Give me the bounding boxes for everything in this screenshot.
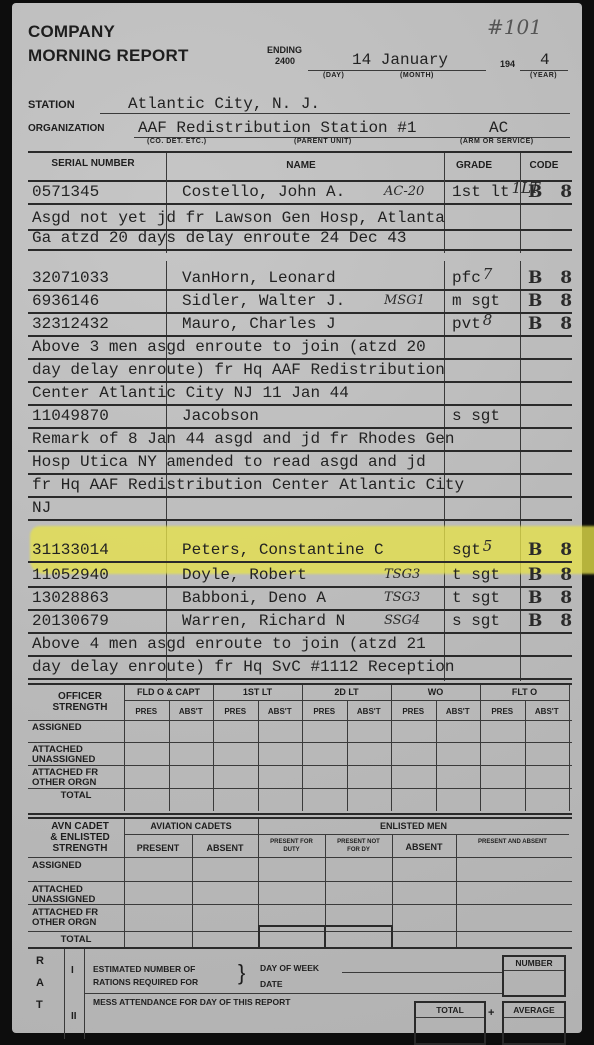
row-divider: [28, 203, 572, 205]
col-serial-number: SERIAL NUMBER: [28, 158, 158, 169]
officer-sub-header: PRES: [391, 707, 436, 716]
remark-line: Asgd not yet jd fr Lawson Gen Hosp, Atla…: [32, 209, 445, 227]
rations-letter-r: R: [36, 955, 44, 967]
code: B 8: [528, 540, 578, 560]
officer-sub-header: ABS'T: [525, 707, 570, 716]
officer-group-header: 1ST LT: [213, 687, 302, 697]
rations-letter-a: A: [36, 977, 44, 989]
remark-line: Above 3 men asgd enroute to join (atzd 2…: [32, 338, 426, 356]
year-value: 4: [540, 51, 550, 69]
serial-number: 32071033: [32, 269, 109, 287]
aviation-cadets-header: AVIATION CADETS: [124, 821, 258, 831]
row-divider: [28, 404, 572, 406]
code: B 8: [528, 182, 578, 202]
officer-sub-header: PRES: [213, 707, 258, 716]
date-label: DATE: [260, 979, 283, 989]
form-title-line2: MORNING REPORT: [28, 46, 189, 66]
handwritten-annotation: AC-20: [384, 184, 424, 199]
enlisted-men-header: ENLISTED MEN: [258, 821, 569, 831]
grade-note: 5: [483, 537, 493, 555]
grade: t sgt: [452, 589, 500, 607]
row-divider: [28, 496, 572, 498]
row-divider: [28, 519, 572, 521]
soldier-name: VanHorn, Leonard: [182, 269, 336, 287]
remark-line: NJ: [32, 499, 51, 517]
code: B 8: [528, 611, 578, 631]
officer-sub-header: PRES: [480, 707, 525, 716]
present-for-duty-total-box: [258, 925, 326, 949]
officer-sub-header: PRES: [302, 707, 347, 716]
remark-line: Above 4 men asgd enroute to join (atzd 2…: [32, 635, 426, 653]
row-divider: [28, 450, 572, 452]
row-divider: [28, 473, 572, 475]
co-det-caption: (CO. DET. ETC.): [147, 138, 207, 145]
rations-letter-t: T: [36, 999, 43, 1011]
officer-sub-header: ABS'T: [169, 707, 214, 716]
enlisted-strength-title-line1: AVN CADET: [30, 821, 130, 832]
cadet-column-header: PRESENT: [124, 843, 192, 853]
remark-line: day delay enroute) fr Hq AAF Redistribut…: [32, 361, 445, 379]
code: B 8: [528, 588, 578, 608]
average-label: AVERAGE: [504, 1005, 564, 1015]
row-divider: [28, 632, 572, 634]
code: B 8: [528, 268, 578, 288]
serial-number: 0571345: [32, 183, 99, 201]
soldier-name: Jacobson: [182, 407, 259, 425]
rations-row1-label-line2: RATIONS REQUIRED FOR: [93, 976, 198, 989]
grade-note: 7: [483, 265, 493, 283]
enlisted-column-header: PRESENT NOT FOR DY: [325, 838, 392, 854]
row-divider: [28, 381, 572, 383]
enlisted-strength-title-line3: STRENGTH: [30, 843, 130, 854]
grade: pfc: [452, 269, 481, 287]
serial-number: 32312432: [32, 315, 109, 333]
handwritten-file-number: #101: [487, 15, 542, 39]
officer-sub-header: PRES: [124, 707, 169, 716]
cadet-column-header: ABSENT: [192, 843, 258, 853]
day-of-week-label: DAY OF WEEK: [260, 963, 319, 973]
serial-number: 13028863: [32, 589, 109, 607]
remark-line: Remark of 8 Jan 44 asgd and jd fr Rhodes…: [32, 430, 454, 448]
row-divider: [28, 289, 572, 291]
enlisted-row-label: ASSIGNED: [32, 861, 120, 871]
soldier-name: Costello, John A.: [182, 183, 345, 201]
remark-line: day delay enroute) fr Hq SvC #1112 Recep…: [32, 658, 454, 676]
morning-report-form: COMPANY MORNING REPORT ENDING 2400 14 Ja…: [12, 3, 582, 1023]
serial-number: 6936146: [32, 292, 99, 310]
report-date: 14 January: [352, 51, 448, 69]
officer-row-label: TOTAL: [32, 791, 120, 801]
handwritten-annotation: TSG3: [384, 567, 420, 582]
year-prefix: 194: [500, 59, 515, 69]
remark-line: Hosp Utica NY amended to read asgd and j…: [32, 453, 426, 471]
officer-row-label: ATTACHED UNASSIGNED: [32, 745, 120, 765]
grade-note: 8: [483, 311, 493, 329]
rations-row1-label: ESTIMATED NUMBER OF RATIONS REQUIRED FOR: [93, 963, 198, 989]
soldier-name: Babboni, Deno A: [182, 589, 326, 607]
serial-number: 11049870: [32, 407, 109, 425]
soldier-name: Peters, Constantine C: [182, 541, 384, 559]
rations-row2-index: II: [71, 1011, 77, 1022]
enlisted-row-label: TOTAL: [32, 935, 120, 945]
code: B 8: [528, 291, 578, 311]
day-caption: (DAY): [323, 72, 344, 79]
row-divider: [28, 249, 572, 251]
enlisted-column-header: ABSENT: [392, 843, 456, 851]
row-divider: [28, 335, 572, 337]
brace-icon: }: [238, 959, 245, 987]
ending-time: 2400: [275, 56, 295, 66]
form-title-line1: COMPANY: [28, 22, 115, 42]
row-divider: [28, 655, 572, 657]
row-divider: [28, 586, 572, 588]
officer-group-header: WO: [391, 687, 480, 697]
officer-group-header: 2D LT: [302, 687, 391, 697]
row-divider: [28, 678, 572, 680]
month-caption: (MONTH): [400, 72, 434, 79]
row-divider: [28, 609, 572, 611]
arm-service-caption: (ARM OR SERVICE): [460, 138, 534, 145]
enlisted-strength-title: AVN CADET & ENLISTED STRENGTH: [30, 821, 130, 854]
row-divider: [28, 427, 572, 429]
officer-row-label: ASSIGNED: [32, 723, 120, 733]
remark-line: Center Atlantic City NJ 11 Jan 44: [32, 384, 349, 402]
officer-sub-header: ABS'T: [347, 707, 392, 716]
remark-line: Ga atzd 20 days delay enroute 24 Dec 43: [32, 229, 406, 247]
row-divider: [28, 358, 572, 360]
ending-label: ENDING: [267, 45, 302, 55]
officer-strength-title-line1: OFFICER: [30, 691, 130, 702]
remark-line: fr Hq AAF Redistribution Center Atlantic…: [32, 476, 464, 494]
station-value: Atlantic City, N. J.: [128, 95, 320, 113]
rations-row1-index: I: [71, 965, 74, 976]
serial-number: 31133014: [32, 541, 109, 559]
officer-sub-header: ABS'T: [258, 707, 303, 716]
code: B 8: [528, 565, 578, 585]
enlisted-row-label: ATTACHED UNASSIGNED: [32, 885, 120, 905]
organization-value: AAF Redistribution Station #1: [138, 119, 416, 137]
enlisted-strength-title-line2: & ENLISTED: [30, 832, 130, 843]
mess-attendance-label: MESS ATTENDANCE FOR DAY OF THIS REPORT: [93, 997, 290, 1007]
officer-group-header: FLD O & CAPT: [124, 687, 213, 697]
grade: sgt: [452, 541, 481, 559]
serial-number: 20130679: [32, 612, 109, 630]
grade: 1st lt: [452, 183, 510, 201]
parent-unit-caption: (PARENT UNIT): [294, 138, 352, 145]
handwritten-annotation: MSG1: [384, 293, 425, 308]
grade: pvt: [452, 315, 481, 333]
plus-sign: +: [488, 1007, 494, 1019]
soldier-name: Doyle, Robert: [182, 566, 307, 584]
officer-group-header: FLT O: [480, 687, 569, 697]
serial-number: 11052940: [32, 566, 109, 584]
handwritten-annotation: TSG3: [384, 590, 420, 605]
grade: m sgt: [452, 292, 500, 310]
row-divider: [28, 561, 572, 563]
code: B 8: [528, 314, 578, 334]
present-not-for-duty-total-box: [324, 925, 393, 949]
grade: s sgt: [452, 612, 500, 630]
officer-sub-header: ABS'T: [436, 707, 481, 716]
grade: t sgt: [452, 566, 500, 584]
number-label: NUMBER: [504, 958, 564, 968]
officer-strength-title: OFFICER STRENGTH: [30, 691, 130, 713]
soldier-name: Mauro, Charles J: [182, 315, 336, 333]
enlisted-column-header: PRESENT FOR DUTY: [258, 838, 325, 854]
enlisted-column-header: PRESENT AND ABSENT: [456, 838, 569, 846]
soldier-name: Sidler, Walter J.: [182, 292, 345, 310]
total-label: TOTAL: [416, 1005, 484, 1015]
handwritten-annotation: SSG4: [384, 613, 420, 628]
officer-strength-title-line2: STRENGTH: [30, 702, 130, 713]
col-name: NAME: [166, 160, 436, 171]
arm-service-value: AC: [489, 119, 508, 137]
organization-label: ORGANIZATION: [28, 123, 104, 134]
station-label: STATION: [28, 99, 75, 111]
col-grade: GRADE: [444, 160, 504, 171]
soldier-name: Warren, Richard N: [182, 612, 345, 630]
grade: s sgt: [452, 407, 500, 425]
rations-row1-label-line1: ESTIMATED NUMBER OF: [93, 963, 198, 976]
year-caption: (YEAR): [530, 72, 557, 79]
col-code: CODE: [520, 160, 568, 171]
enlisted-row-label: ATTACHED FR OTHER ORGN: [32, 908, 120, 928]
officer-row-label: ATTACHED FR OTHER ORGN: [32, 768, 120, 788]
